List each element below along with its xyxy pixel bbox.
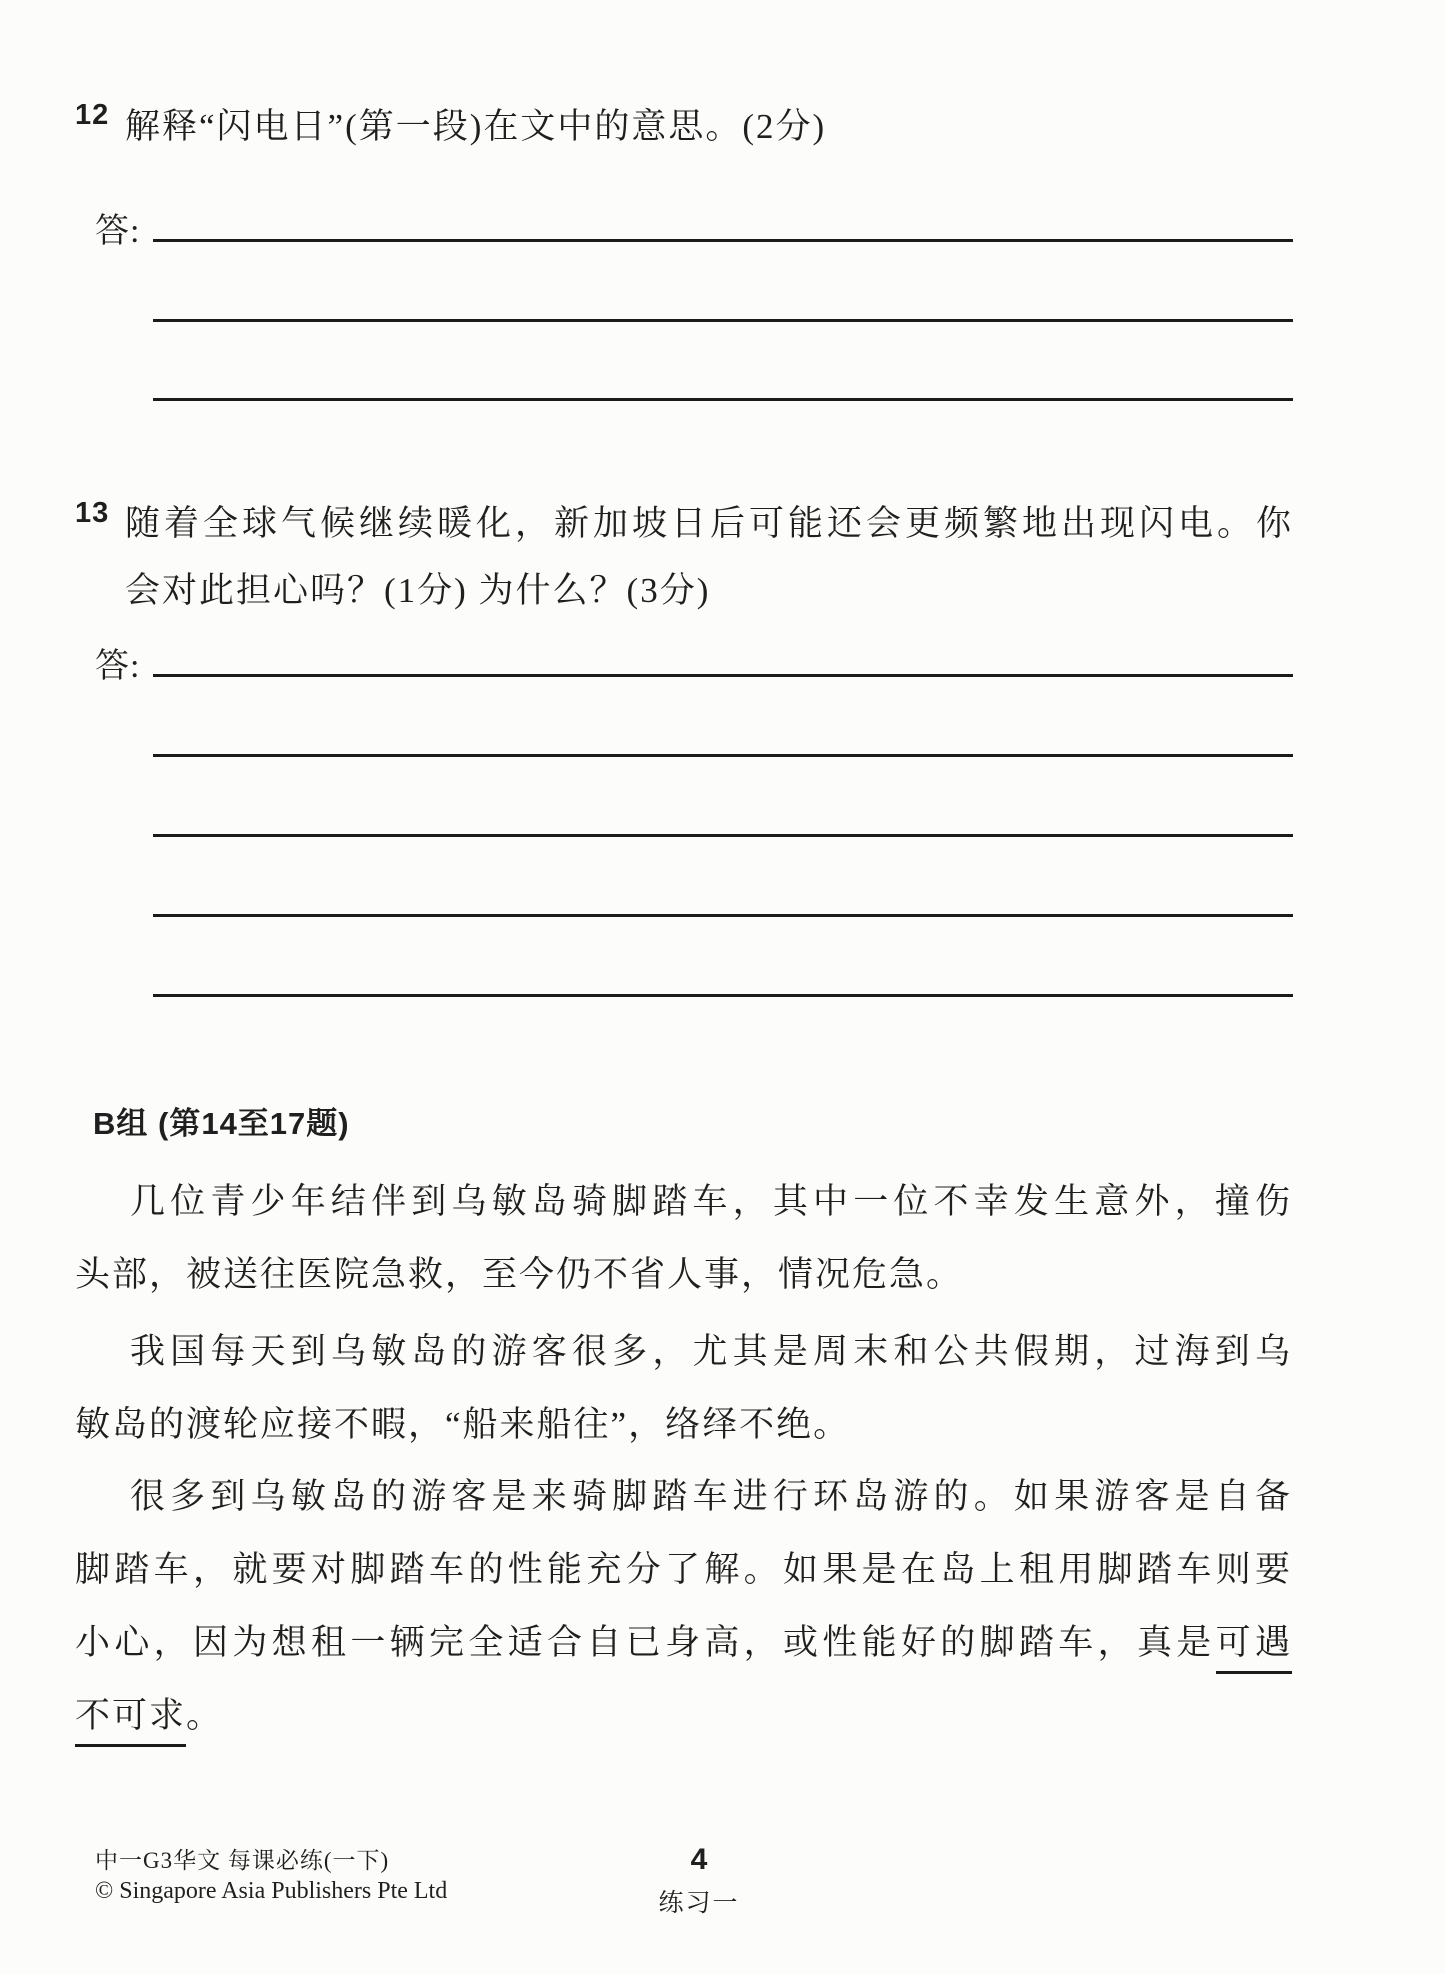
- paragraph-3-line-2: 脚踏车，就要对脚踏车的性能充分了解。如果是在岛上租用脚踏车则要: [75, 1533, 1292, 1606]
- underlined-phrase-end: 不可求: [75, 1696, 186, 1747]
- paragraph-3-line-3-text: 小心，因为想租一辆完全适合自已身高，或性能好的脚踏车，真是: [75, 1623, 1216, 1662]
- answer-line: [153, 754, 1293, 757]
- answer-line: [153, 834, 1293, 837]
- paragraph-2-line-1: 我国每天到乌敏岛的游客很多，尤其是周末和公共假期，过海到乌: [75, 1315, 1292, 1388]
- worksheet-page: 12 解释“闪电日”(第一段)在文中的意思。(2分) 答: 13 随着全球气候继…: [0, 0, 1445, 1974]
- question-13-answer-label: 答:: [95, 638, 140, 687]
- passage-paragraph-1: 几位青少年结伴到乌敏岛骑脚踏车，其中一位不幸发生意外，撞伤 头部，被送往医院急救…: [75, 1165, 1292, 1311]
- answer-line: [153, 239, 1293, 242]
- page-number: 4: [90, 1843, 1308, 1877]
- paragraph-1-line-2: 头部，被送往医院急救，至今仍不省人事，情况危急。: [75, 1238, 1292, 1311]
- answer-line: [153, 914, 1293, 917]
- question-13-text: 随着全球气候继续暖化，新加坡日后可能还会更频繁地出现闪电。你 会对此担心吗？(1…: [125, 490, 1293, 624]
- paragraph-1-line-1: 几位青少年结伴到乌敏岛骑脚踏车，其中一位不幸发生意外，撞伤: [75, 1165, 1292, 1238]
- passage-paragraph-2: 我国每天到乌敏岛的游客很多，尤其是周末和公共假期，过海到乌 敏岛的渡轮应接不暇，…: [75, 1315, 1292, 1461]
- question-12-text: 解释“闪电日”(第一段)在文中的意思。(2分): [125, 93, 1293, 160]
- paragraph-3-line-1: 很多到乌敏岛的游客是来骑脚踏车进行环岛游的。如果游客是自备: [75, 1460, 1292, 1533]
- answer-line: [153, 319, 1293, 322]
- question-12-answer-label: 答:: [95, 203, 140, 252]
- section-b-heading: B组 (第14至17题): [93, 1098, 350, 1143]
- answer-line: [153, 994, 1293, 997]
- answer-line: [153, 398, 1293, 401]
- question-12-number: 12: [75, 99, 109, 132]
- underlined-phrase-start: 可遇: [1216, 1623, 1292, 1674]
- paragraph-3-line-4-period: 。: [186, 1696, 223, 1735]
- answer-line: [153, 674, 1293, 677]
- question-13-text-line1: 随着全球气候继续暖化，新加坡日后可能还会更频繁地出现闪电。你: [125, 490, 1293, 557]
- footer-center: 4 练习一: [90, 1843, 1308, 1919]
- paragraph-2-line-2: 敏岛的渡轮应接不暇，“船来船往”，络绎不绝。: [75, 1388, 1292, 1461]
- question-13-text-line2: 会对此担心吗？(1分) 为什么？(3分): [125, 557, 1293, 624]
- passage-paragraph-3: 很多到乌敏岛的游客是来骑脚踏车进行环岛游的。如果游客是自备 脚踏车，就要对脚踏车…: [75, 1460, 1292, 1752]
- exercise-label: 练习一: [90, 1883, 1308, 1919]
- paragraph-3-line-3: 小心，因为想租一辆完全适合自已身高，或性能好的脚踏车，真是可遇: [75, 1606, 1292, 1679]
- question-13-number: 13: [75, 497, 109, 530]
- paragraph-3-line-4: 不可求。: [75, 1679, 1292, 1752]
